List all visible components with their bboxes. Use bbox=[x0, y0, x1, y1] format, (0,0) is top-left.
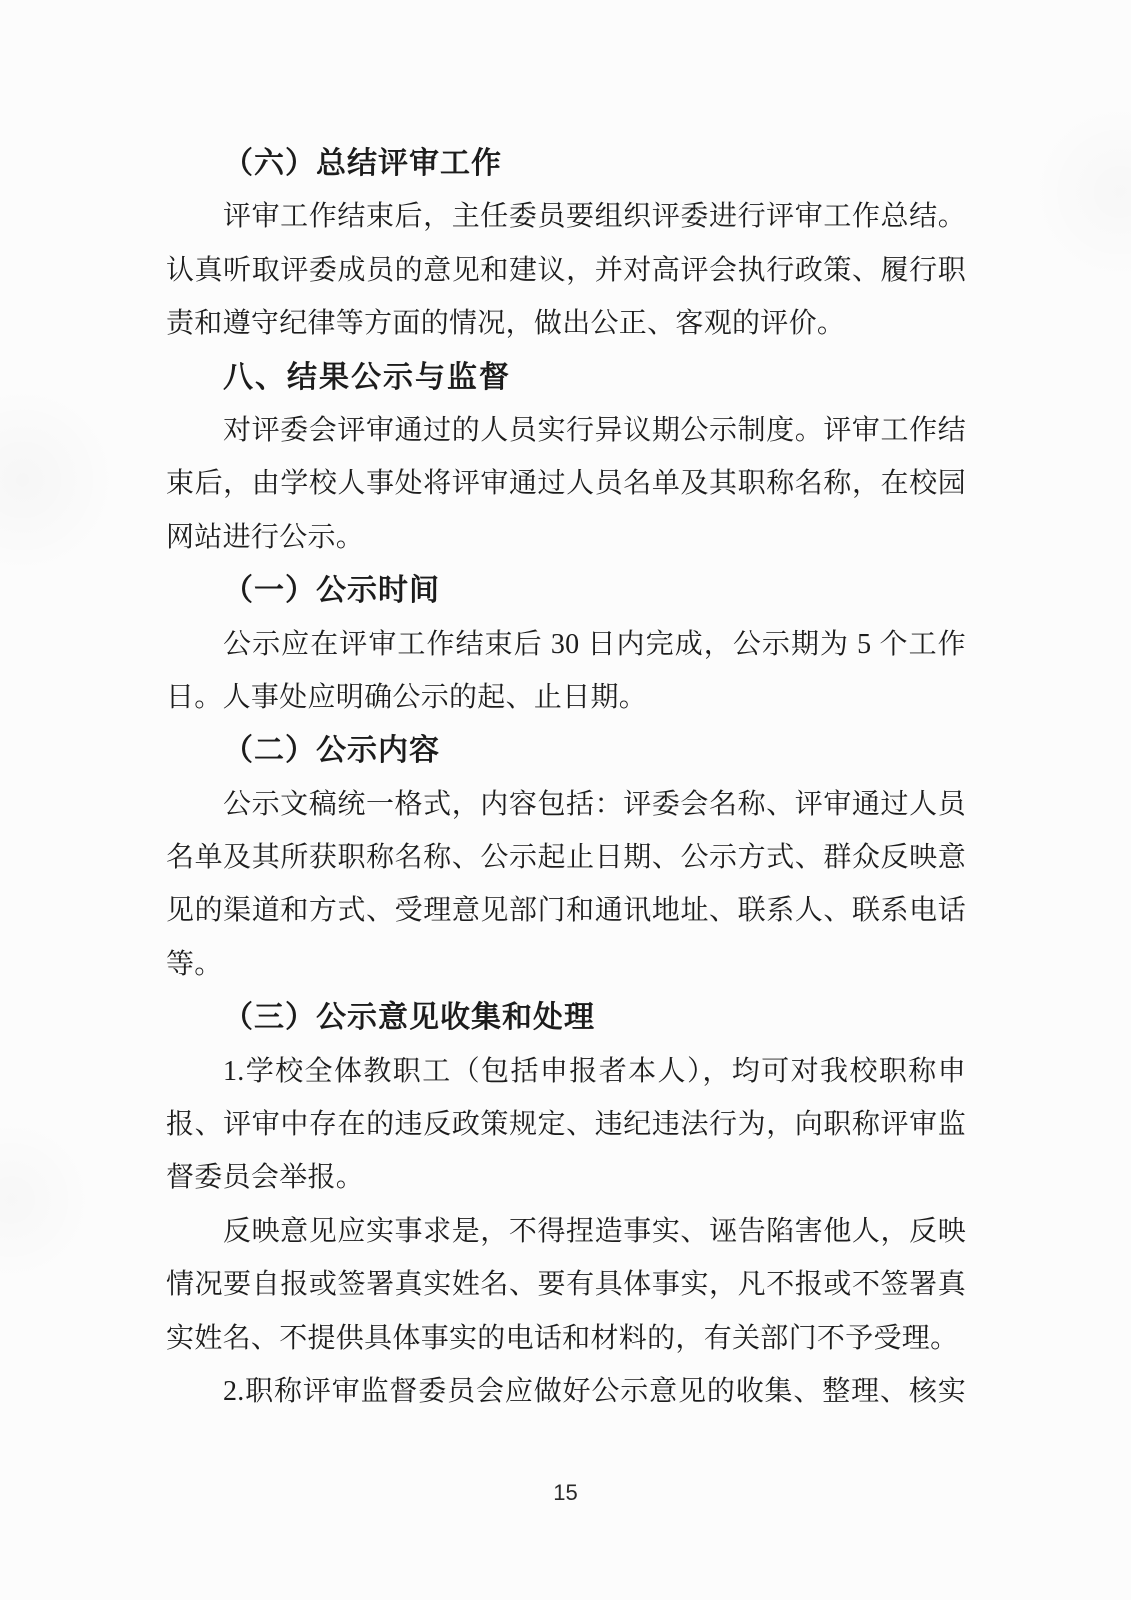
document-page: （六）总结评审工作 评审工作结束后，主任委员要组织评委进行评审工作总结。 认真听… bbox=[0, 0, 1131, 1600]
paragraph-line: 公示应在评审工作结束后 30 日内完成，公示期为 5 个工作 bbox=[166, 618, 966, 671]
paragraph-line: 网站进行公示。 bbox=[166, 511, 966, 564]
paragraph-line: 见的渠道和方式、受理意见部门和通讯地址、联系人、联系电话 bbox=[166, 884, 966, 937]
paragraph-line: 责和遵守纪律等方面的情况，做出公正、客观的评价。 bbox=[166, 297, 966, 350]
section-heading-8-result-publicity: 八、结果公示与监督 bbox=[166, 351, 966, 404]
section-heading-2-publicity-content: （二）公示内容 bbox=[166, 724, 966, 777]
paragraph-line: 束后，由学校人事处将评审通过人员名单及其职称名称，在校园 bbox=[166, 457, 966, 510]
section-heading-6-summarize-review: （六）总结评审工作 bbox=[166, 137, 966, 190]
paragraph-line: 认真听取评委成员的意见和建议，并对高评会执行政策、履行职 bbox=[166, 244, 966, 297]
paragraph-line: 名单及其所获职称名称、公示起止日期、公示方式、群众反映意 bbox=[166, 831, 966, 884]
section-heading-1-publicity-time: （一）公示时间 bbox=[166, 564, 966, 617]
paragraph-line: 情况要自报或签署真实姓名、要有具体事实，凡不报或不签署真 bbox=[166, 1258, 966, 1311]
section-heading-3-opinion-collection: （三）公示意见收集和处理 bbox=[166, 991, 966, 1044]
paragraph-line: 评审工作结束后，主任委员要组织评委进行评审工作总结。 bbox=[166, 190, 966, 243]
paragraph-line: 报、评审中存在的违反政策规定、违纪违法行为，向职称评审监 bbox=[166, 1098, 966, 1151]
paragraph-line: 对评委会评审通过的人员实行异议期公示制度。评审工作结 bbox=[166, 404, 966, 457]
paragraph-line: 2.职称评审监督委员会应做好公示意见的收集、整理、核实 bbox=[166, 1365, 966, 1418]
paragraph-line: 1.学校全体教职工（包括申报者本人），均可对我校职称申 bbox=[166, 1045, 966, 1098]
page-number: 15 bbox=[0, 1478, 1131, 1508]
paragraph-line: 等。 bbox=[166, 938, 966, 991]
paragraph-line: 督委员会举报。 bbox=[166, 1151, 966, 1204]
paragraph-line: 反映意见应实事求是，不得捏造事实、诬告陷害他人，反映 bbox=[166, 1205, 966, 1258]
paragraph-line: 公示文稿统一格式，内容包括：评委会名称、评审通过人员 bbox=[166, 778, 966, 831]
document-body: （六）总结评审工作 评审工作结束后，主任委员要组织评委进行评审工作总结。 认真听… bbox=[166, 137, 966, 1418]
paragraph-line: 实姓名、不提供具体事实的电话和材料的，有关部门不予受理。 bbox=[166, 1312, 966, 1365]
paragraph-line: 日。人事处应明确公示的起、止日期。 bbox=[166, 671, 966, 724]
